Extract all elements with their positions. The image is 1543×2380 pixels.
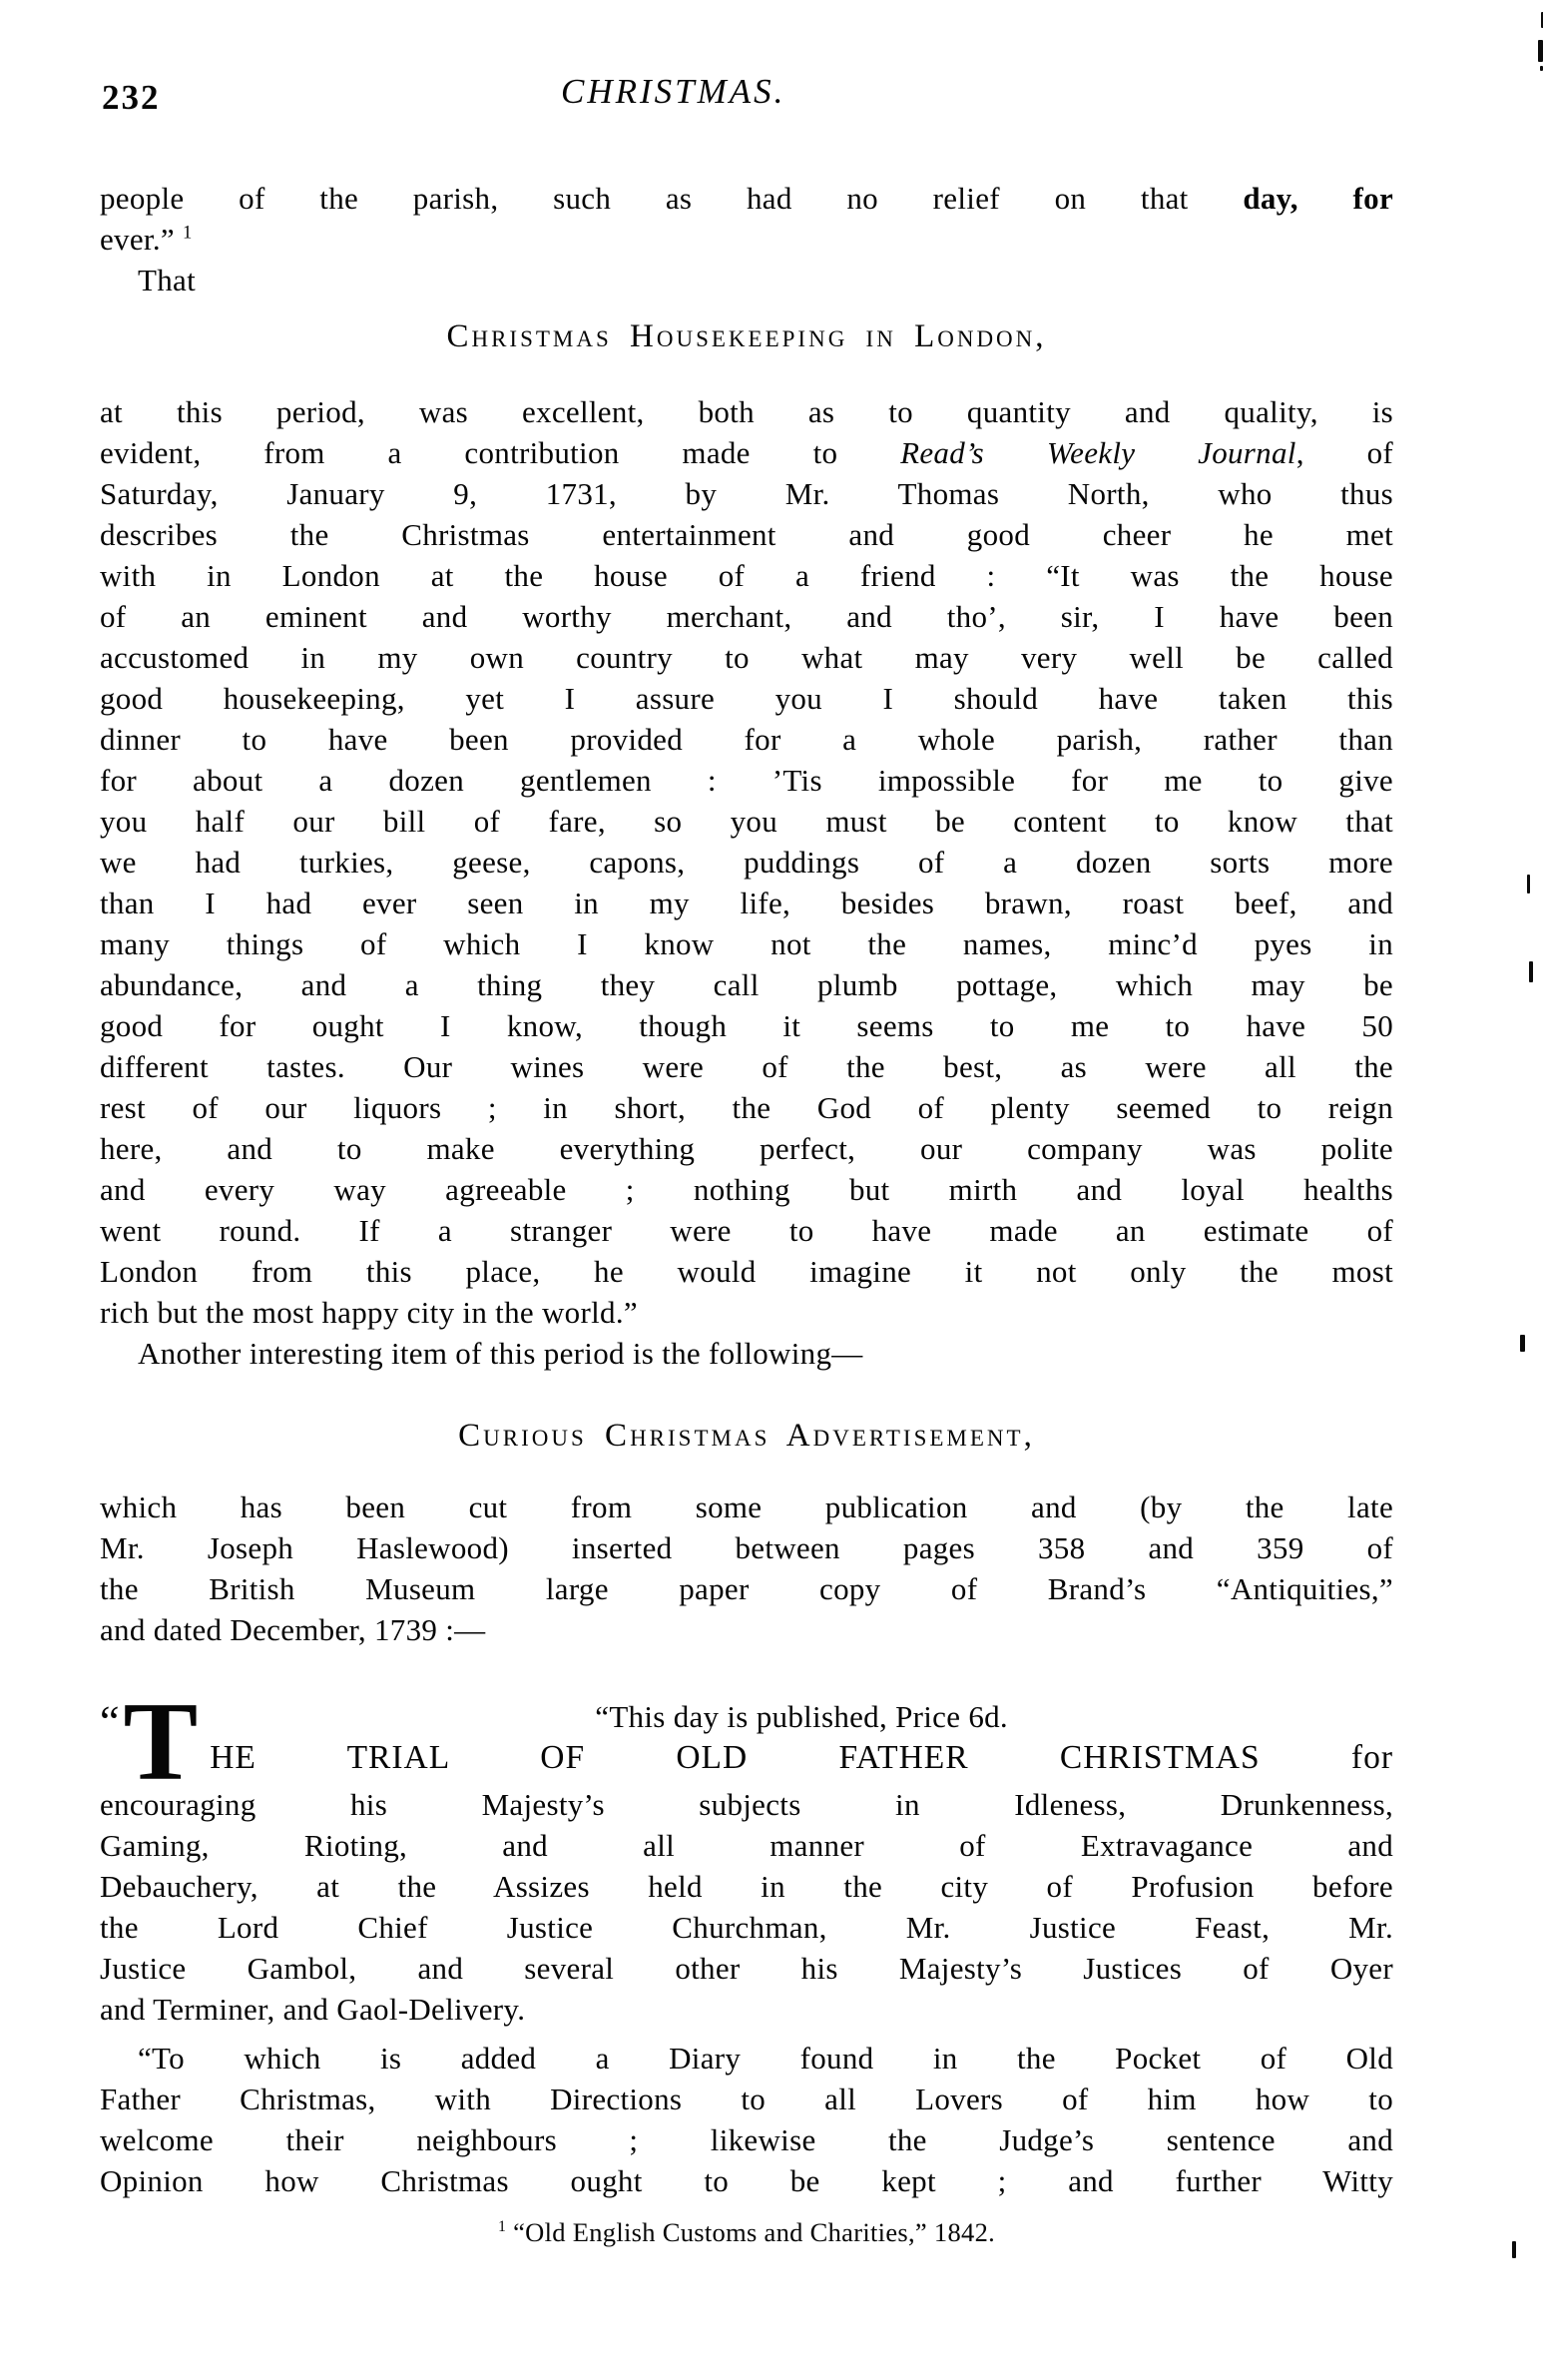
page-body: people of the parish, such as had no rel… — [100, 178, 1393, 2249]
text-line: Justice Gambol, and several other his Ma… — [100, 1948, 1393, 1989]
advert-block: “T“This day is published, Price 6d.HE TR… — [100, 1696, 1393, 2030]
text-line: and Terminer, and Gaol-Delivery. — [100, 1989, 1393, 2030]
para-to-which: “To which is added a Diary found in the … — [100, 2038, 1393, 2201]
text-line: than I had ever seen in my life, besides… — [100, 883, 1393, 923]
text-line: went round. If a stranger were to have m… — [100, 1210, 1393, 1251]
text-segment: day, for — [1243, 181, 1393, 216]
text-segment: Read’s Weekly Journal — [900, 435, 1296, 470]
text-line: Opinion how Christmas ought to be kept ;… — [100, 2160, 1393, 2201]
text-line: abundance, and a thing they call plumb p… — [100, 964, 1393, 1005]
text-line: we had turkies, geese, capons, puddings … — [100, 842, 1393, 883]
text-line: welcome their neighbours ; likewise the … — [100, 2119, 1393, 2160]
footnote-reference: 1 — [183, 223, 193, 244]
text-segment: “Old English Customs and Charities,” 184… — [506, 2217, 995, 2247]
text-line: good housekeeping, yet I assure you I sh… — [100, 678, 1393, 719]
text-line: encouraging his Majesty’s subjects in Id… — [100, 1784, 1393, 1825]
text-segment: people of the parish, such as had no rel… — [100, 181, 1243, 216]
text-line: of an eminent and worthy merchant, and t… — [100, 596, 1393, 637]
scan-artifact — [1538, 40, 1543, 62]
scan-artifact — [1529, 961, 1533, 982]
text-line: dinner to have been provided for a whole… — [100, 719, 1393, 760]
text-line: and dated December, 1739 :— — [100, 1609, 1393, 1650]
text-line: the British Museum large paper copy of B… — [100, 1568, 1393, 1609]
text-line: London from this place, he would imagine… — [100, 1251, 1393, 1292]
text-line: Father Christmas, with Directions to all… — [100, 2079, 1393, 2119]
footnote: 1 “Old English Customs and Charities,” 1… — [100, 2215, 1393, 2249]
text-segment: ever.” — [100, 222, 183, 257]
text-line: which has been cut from some publication… — [100, 1487, 1393, 1527]
text-line: ever.” 1 — [100, 219, 1393, 260]
housekeeping-paragraph: at this period, was excellent, both as t… — [100, 391, 1393, 1333]
drop-cap: T — [122, 1696, 211, 1784]
text-line: different tastes. Our wines were of the … — [100, 1046, 1393, 1087]
text-line: Another interesting item of this period … — [100, 1333, 1393, 1374]
text-line: the Lord Chief Justice Churchman, Mr. Ju… — [100, 1907, 1393, 1948]
text-line: Gaming, Rioting, and all manner of Extra… — [100, 1825, 1393, 1866]
text-line: Mr. Joseph Haslewood) inserted between p… — [100, 1527, 1393, 1568]
text-line: many things of which I know not the name… — [100, 923, 1393, 964]
text-line: you half our bill of fare, so you must b… — [100, 801, 1393, 842]
text-line: rest of our liquors ; in short, the God … — [100, 1087, 1393, 1128]
advertisement-heading: Curious Christmas Advertisement, — [100, 1416, 1393, 1457]
scanned-book-page: { "page": { "number": "232", "running_ti… — [0, 0, 1543, 2380]
advert-open-quote: “ — [100, 1696, 122, 1744]
text-segment: evident, from a contribution made to — [100, 435, 900, 470]
page-number: 232 — [102, 78, 161, 118]
scan-artifact — [1520, 1335, 1525, 1352]
scan-artifact — [1512, 2241, 1516, 2258]
scan-artifact — [1527, 875, 1530, 893]
text-line: people of the parish, such as had no rel… — [100, 178, 1393, 219]
text-line: and every way agreeable ; nothing but mi… — [100, 1169, 1393, 1210]
title-caps-line: HE TRIAL OF OLD FATHER CHRISTMAS for — [210, 1737, 1393, 1778]
text-line: describes the Christmas entertainment an… — [100, 514, 1393, 555]
running-title: CHRISTMAS. — [561, 72, 785, 112]
published-line: “This day is published, Price 6d. — [210, 1696, 1393, 1737]
housekeeping-heading: Christmas Housekeeping in London, — [100, 316, 1393, 357]
text-line: good for ought I know, though it seems t… — [100, 1005, 1393, 1046]
text-line: “To which is added a Diary found in the … — [100, 2038, 1393, 2079]
text-line: here, and to make everything perfect, ou… — [100, 1128, 1393, 1169]
text-line: Debauchery, at the Assizes held in the c… — [100, 1866, 1393, 1907]
text-line: accustomed in my own country to what may… — [100, 637, 1393, 678]
that-line: That — [100, 260, 1393, 300]
text-line: at this period, was excellent, both as t… — [100, 391, 1393, 432]
text-line: Saturday, January 9, 1731, by Mr. Thomas… — [100, 473, 1393, 514]
text-line: for about a dozen gentlemen : ’Tis impos… — [100, 760, 1393, 801]
page-header: 232 CHRISTMAS. — [100, 72, 1393, 124]
opening-paragraph: people of the parish, such as had no rel… — [100, 178, 1393, 260]
another-item-paragraph: Another interesting item of this period … — [100, 1333, 1393, 1374]
advert-dropcap-row: “T“This day is published, Price 6d.HE TR… — [100, 1696, 1393, 1784]
text-line: rich but the most happy city in the worl… — [100, 1292, 1393, 1333]
text-line: evident, from a contribution made to Rea… — [100, 432, 1393, 473]
page: 232 CHRISTMAS. people of the parish, suc… — [0, 0, 1543, 2380]
cut-from-publication-paragraph: which has been cut from some publication… — [100, 1487, 1393, 1650]
footnote-reference: 1 — [498, 2218, 506, 2235]
advert-head-lines: “This day is published, Price 6d.HE TRIA… — [210, 1696, 1393, 1778]
text-line: That — [100, 260, 1393, 300]
text-segment: , of — [1296, 435, 1393, 470]
text-line: with in London at the house of a friend … — [100, 555, 1393, 596]
